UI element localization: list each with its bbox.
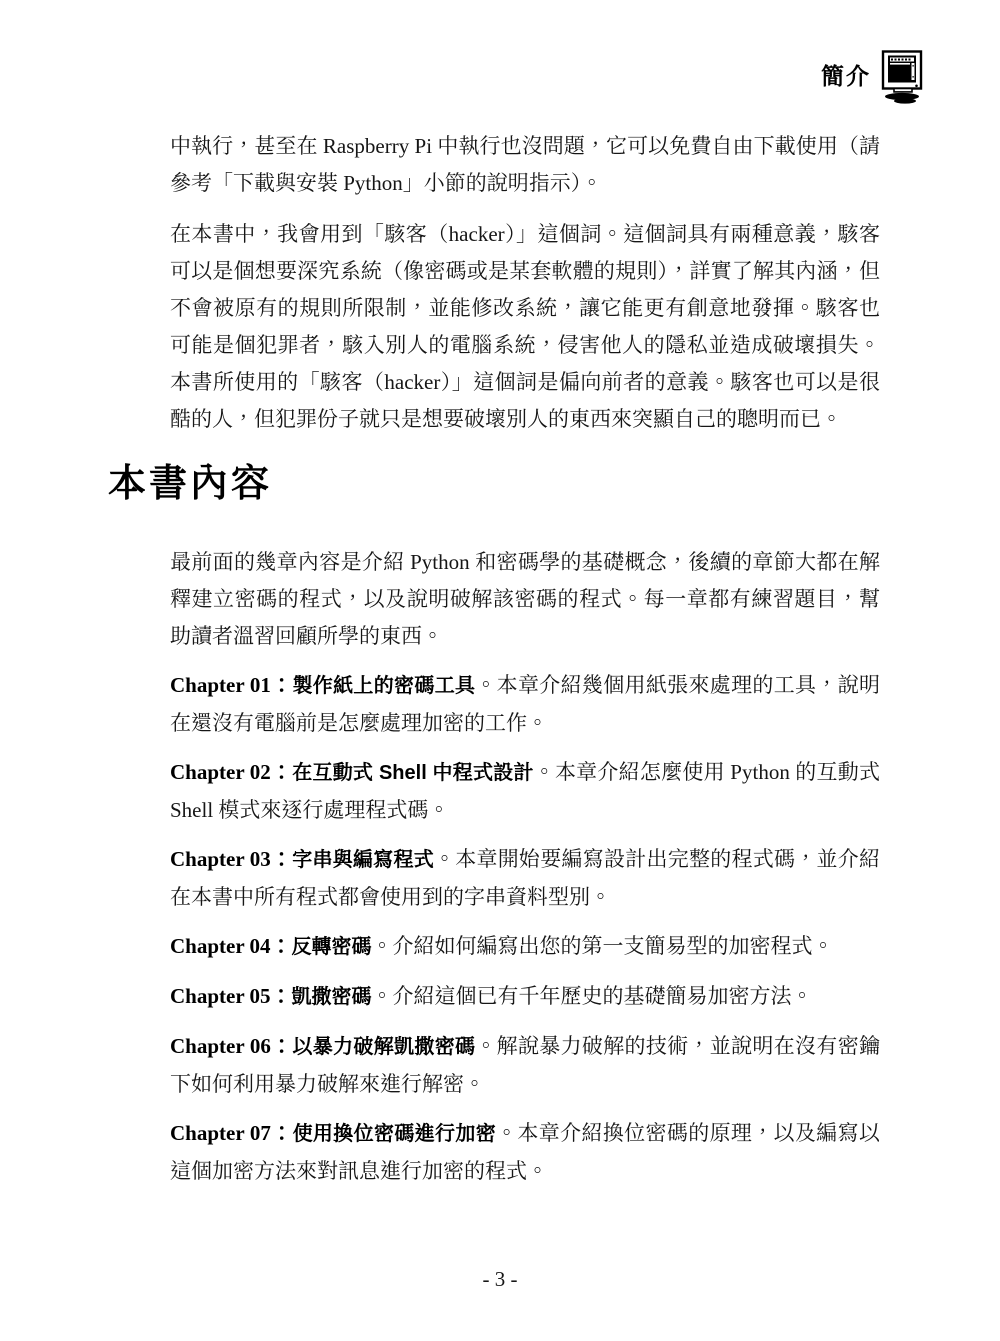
section-intro-paragraph: 最前面的幾章內容是介紹 Python 和密碼學的基礎概念，後續的章節大都在解釋建… bbox=[170, 544, 880, 655]
chapter-title: 字串與編寫程式 bbox=[292, 849, 434, 871]
chapter-entry-01: Chapter 01：製作紙上的密碼工具。本章介紹幾個用紙張來處理的工具，說明在… bbox=[170, 667, 880, 742]
chapter-entry-05: Chapter 05：凱撒密碼。介紹這個已有千年歷史的基礎簡易加密方法。 bbox=[170, 978, 880, 1016]
chapter-label: Chapter 02： bbox=[170, 760, 292, 784]
page-content: 中執行，甚至在 Raspberry Pi 中執行也沒問題，它可以免費自由下載使用… bbox=[0, 0, 1000, 1190]
page-footer: - 3 - bbox=[0, 1266, 1000, 1292]
page-number: - 3 - bbox=[483, 1267, 518, 1291]
section-title: 本書內容 bbox=[108, 460, 880, 508]
chapter-title: 在互動式 Shell 中程式設計 bbox=[292, 762, 533, 784]
chapter-label: Chapter 06： bbox=[170, 1034, 292, 1058]
chapter-description: 。介紹如何編寫出您的第一支簡易型的加密程式。 bbox=[372, 934, 834, 958]
chapter-label: Chapter 04： bbox=[170, 934, 292, 958]
chapter-description: 。介紹這個已有千年歷史的基礎簡易加密方法。 bbox=[372, 984, 813, 1008]
chapter-label: Chapter 07： bbox=[170, 1121, 293, 1145]
chapter-label: Chapter 05： bbox=[170, 984, 292, 1008]
chapter-entry-02: Chapter 02：在互動式 Shell 中程式設計。本章介紹怎麼使用 Pyt… bbox=[170, 754, 880, 829]
chapter-entry-06: Chapter 06：以暴力破解凱撒密碼。解說暴力破解的技術，並說明在沒有密鑰下… bbox=[170, 1028, 880, 1103]
paragraph: 中執行，甚至在 Raspberry Pi 中執行也沒問題，它可以免費自由下載使用… bbox=[170, 128, 880, 202]
chapter-title: 製作紙上的密碼工具 bbox=[292, 675, 475, 697]
chapter-entry-03: Chapter 03：字串與編寫程式。本章開始要編寫設計出完整的程式碼，並介紹在… bbox=[170, 841, 880, 916]
chapter-label: Chapter 03： bbox=[170, 847, 292, 871]
chapter-title: 以暴力破解凱撒密碼 bbox=[292, 1036, 475, 1058]
chapter-entry-04: Chapter 04：反轉密碼。介紹如何編寫出您的第一支簡易型的加密程式。 bbox=[170, 928, 880, 966]
chapter-title: 凱撒密碼 bbox=[292, 986, 372, 1008]
chapter-entry-07: Chapter 07：使用換位密碼進行加密。本章介紹換位密碼的原理，以及編寫以這… bbox=[170, 1115, 880, 1190]
paragraph: 在本書中，我會用到「駭客（hacker）」這個詞。這個詞具有兩種意義，駭客可以是… bbox=[170, 216, 880, 438]
chapter-label: Chapter 01： bbox=[170, 673, 292, 697]
chapter-title: 反轉密碼 bbox=[292, 936, 372, 958]
chapter-title: 使用換位密碼進行加密 bbox=[293, 1123, 497, 1145]
book-page: 簡介 bbox=[0, 0, 1000, 1341]
